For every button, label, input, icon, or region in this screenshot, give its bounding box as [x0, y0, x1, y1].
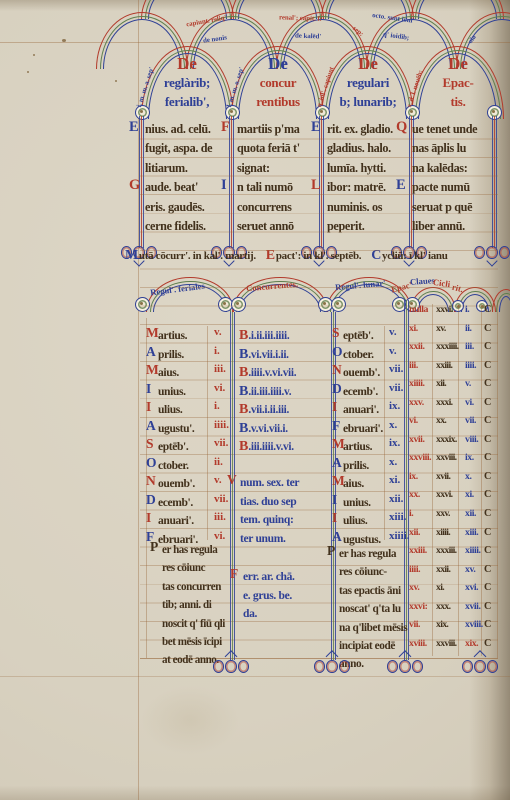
arch-header: De Epac- tis. [417, 54, 499, 111]
cycle-year: vi. [465, 397, 474, 408]
paragraph-text: na q'libet mēsis [339, 622, 407, 634]
marginal-letter: C [484, 452, 491, 463]
table-row: Septēb'.v. [343, 326, 407, 345]
parchment-speck [33, 54, 35, 56]
table-row: Iunius.xii. [343, 493, 407, 512]
note-line: Vnum. sex. ter [240, 473, 330, 492]
paragraph-text: res cōiunc [162, 562, 205, 574]
marginal-letter: C [484, 397, 491, 408]
clavis-value: xxxi. [436, 397, 452, 408]
row-initial: B [239, 328, 248, 343]
month-name: eptēb'. [343, 329, 373, 342]
table-row: B.vii.i.ii.iii. [239, 400, 331, 419]
arch-header-word: De [417, 54, 499, 73]
paragraph-initial: P [150, 539, 158, 555]
epact-value: xii. [409, 527, 420, 538]
paragraph-text: noscat' q'ta lu [339, 603, 401, 615]
table-row: Martius.ix. [343, 437, 407, 456]
month-initial: A [146, 344, 156, 360]
cycle-year: xiiii. [465, 545, 481, 556]
table-row: B.ii.iii.iiii.v. [239, 382, 331, 401]
paragraph-initial: P [327, 543, 335, 559]
paragraph-line: bet mēsis īcipi [162, 632, 234, 650]
table-row: B.vi.vii.i.ii. [239, 345, 331, 364]
month-name: ulius. [158, 403, 182, 416]
paragraph-line: noscit q' fiū qli [162, 614, 234, 632]
note-text: tem. quinq: [240, 513, 294, 526]
table-row: October.v. [343, 345, 407, 364]
cycle-year: xv. [465, 564, 475, 575]
clavis-value: xiiii. [436, 527, 450, 538]
table-row: xvii.xxxix.viii.C [409, 434, 501, 453]
regular-value: iii. [214, 511, 226, 523]
manuscript-page: De reglàrib; ferialib', De concur rentib… [0, 0, 510, 800]
note-text: err. ar. chā. [243, 570, 295, 583]
month-initial: S [146, 436, 154, 452]
epact-value: xi. [409, 323, 418, 334]
cycle-year: xviii. [465, 619, 483, 630]
regular-value: vi. [214, 382, 225, 394]
table-row: iii.xxiii.iiii.C [409, 360, 501, 379]
arch-header-word: De [146, 54, 228, 73]
clavis-value: xx. [436, 415, 446, 426]
row-initial: B [239, 421, 248, 436]
epact-value: xxvi: [409, 601, 427, 612]
regular-value: v. [214, 474, 222, 486]
row-initial: B [239, 439, 248, 454]
epact-value: iiii. [409, 564, 420, 575]
lunar-regulars-table: Septēb'.v. October.v. Nouemb'.vii. Decem… [343, 326, 407, 549]
cycle-year: xiii. [465, 527, 478, 538]
marginal-letter: C [484, 619, 491, 630]
table-row: Augustu'.iiii. [158, 419, 232, 438]
regular-value: x. [389, 419, 397, 431]
ruling-line-bottom [0, 676, 510, 677]
regular-value: ix. [389, 437, 400, 449]
table-row: October.ii. [158, 456, 232, 475]
arch-header-word: De [237, 54, 319, 73]
month-name: ouemb'. [343, 366, 380, 379]
month-name: ecemb'. [158, 496, 193, 509]
arch-header-word: reglàrib; [146, 73, 228, 92]
concurrent-values: .iiii.v.vi.vii. [248, 367, 296, 379]
clavis-value: xii. [436, 378, 446, 389]
arc-inscription: de kalēd' [295, 33, 321, 41]
note-line: tem. quinq: [240, 510, 330, 529]
table-row: Maius.iii. [158, 363, 232, 382]
table-row: xii.xiiii.xiii.C [409, 527, 501, 546]
paragraph-text: er has regula [162, 544, 217, 556]
arch-header-word: ferialib', [146, 92, 228, 111]
table-row: Iulius.i. [158, 400, 232, 419]
month-initial: M [332, 473, 345, 489]
arch-header-word: b; lunarib; [327, 92, 409, 111]
note-text: ter unum. [240, 532, 286, 545]
paragraph-line: tib; anni. di [162, 595, 234, 613]
clavis-value: xxiii. [436, 360, 452, 371]
month-name: ecemb'. [343, 385, 378, 398]
month-name: ouemb'. [158, 477, 195, 490]
epact-value: xiiii. [409, 378, 425, 389]
verse-initial: E [129, 119, 139, 136]
marginal-letter: C [484, 582, 491, 593]
month-initial: I [332, 510, 337, 526]
arch-header: De reglàrib; ferialib', [146, 54, 228, 111]
epact-value: i. [409, 508, 413, 519]
arch-header-word: rentibus [237, 92, 319, 111]
month-name: aius. [158, 366, 179, 379]
regular-value: xi. [389, 474, 400, 486]
table-row: Decemb'.vii. [158, 493, 232, 512]
note-text: tias. duo sep [240, 495, 296, 508]
table-row: Februari'.x. [343, 419, 407, 438]
table-row: xxvi:xxx.xvii.C [409, 601, 501, 620]
table-row: vi.xx.vii.C [409, 415, 501, 434]
column-base-icon [213, 660, 249, 674]
table-row: Iunius.vi. [158, 382, 232, 401]
paragraph-text: at eodē anno. [162, 654, 219, 666]
cycle-year: iii. [465, 341, 474, 352]
table-row: Martius.v. [158, 326, 232, 345]
cycle-year: i. [465, 304, 469, 315]
regular-value: v. [214, 326, 222, 338]
marginal-letter: C [484, 378, 491, 389]
cycle-year: vii. [465, 415, 476, 426]
column-base-icon [387, 660, 423, 674]
marginal-letter: C [484, 508, 491, 519]
table-row: B.i.ii.iii.iiii. [239, 326, 331, 345]
month-initial: N [146, 473, 156, 489]
table-row: Nouemb'.vii. [343, 363, 407, 382]
table-row: nullaxxvi.i.C [409, 304, 501, 323]
marginal-letter: C [484, 323, 491, 334]
table-row: iiii.xxii.xv.C [409, 564, 501, 583]
cycle-year: xi. [465, 489, 474, 500]
regular-value: xii. [389, 493, 403, 505]
clavis-value: xxviii. [436, 638, 456, 649]
cycle-year: xvi. [465, 582, 478, 593]
month-name: prilis. [158, 348, 184, 361]
epact-value: nulla [409, 304, 428, 315]
table-row: B.v.vi.vii.i. [239, 419, 331, 438]
month-name: eptēb'. [158, 440, 188, 453]
clavis-value: xxxiiii. [436, 341, 458, 352]
regular-value: x. [389, 456, 397, 468]
month-initial: A [332, 455, 342, 471]
marginal-letter: C [484, 489, 491, 500]
verse-initial: G [129, 177, 140, 194]
regular-value: vii. [214, 493, 228, 505]
clavis-value: xxv. [436, 508, 450, 519]
ferial-regulars-table: Martius.v. Aprilis.i. Maius.iii. Iunius.… [158, 326, 232, 549]
clavis-value: xxii. [436, 564, 450, 575]
epact-value: xvii. [409, 434, 424, 445]
arch-header-word: concur [237, 73, 319, 92]
parchment-speck [115, 80, 117, 82]
arch-header-word: De [327, 54, 409, 73]
clavis-value: xv. [436, 323, 446, 334]
epact-claves-cycle-table: nullaxxvi.i.C xi.xv.ii.C xxii.xxxiiii.ii… [409, 304, 501, 656]
paragraph-line: tas concurren [162, 577, 234, 595]
parchment-speck [27, 71, 29, 73]
concurrent-values: .v.vi.vii.i. [248, 423, 287, 435]
clavis-value: xxxix. [436, 434, 457, 445]
month-name: artius. [343, 440, 372, 453]
marginal-letter: C [484, 304, 491, 315]
epact-value: xxii. [409, 341, 424, 352]
table-row: Nouemb'.v. [158, 474, 232, 493]
paragraph-text: bet mēsis īcipi [162, 636, 222, 648]
clavis-value: xxvi. [436, 489, 452, 500]
epact-value: vi. [409, 415, 418, 426]
month-initial: I [146, 510, 151, 526]
marginal-letter: C [484, 527, 491, 538]
table-row: xxiii.xxxiii.xiiii.C [409, 545, 501, 564]
regular-value: xiiii. [389, 530, 409, 542]
regular-value: xiii. [389, 511, 406, 523]
concurrent-values: .i.ii.iii.iiii. [248, 330, 289, 342]
clavis-value: xix. [436, 619, 448, 630]
regular-value: i. [214, 400, 220, 412]
table-row: xi.xv.ii.C [409, 323, 501, 342]
month-name: ebruari'. [343, 422, 383, 435]
month-initial: A [146, 418, 156, 434]
cycle-year: xix. [465, 638, 478, 649]
marginal-letter: C [484, 564, 491, 575]
month-initial: N [332, 362, 342, 378]
cycle-year: xvii. [465, 601, 480, 612]
note-initial: V [227, 472, 237, 488]
table-row: B.iii.iiii.v.vi. [239, 437, 331, 456]
paragraph-text: tas concurren [162, 581, 221, 593]
concurrent-values: .vii.i.ii.iii. [248, 404, 289, 416]
paragraph-text: tib; anni. di [162, 599, 211, 611]
concurrent-values: .iii.iiii.v.vi. [248, 441, 293, 453]
clavis-value: xxxiii. [436, 545, 456, 556]
month-initial: D [146, 492, 156, 508]
paragraph-text: res cōiunc- [339, 566, 387, 578]
arch-header-word: Epac- [417, 73, 499, 92]
clavis-value: xxviii. [436, 452, 456, 463]
regular-value: vii. [389, 382, 403, 394]
note-text: da. [243, 607, 257, 620]
month-name: artius. [158, 329, 187, 342]
cycle-year: v. [465, 378, 471, 389]
epact-value: iii. [409, 360, 418, 371]
row-initial: B [239, 347, 248, 362]
marginal-letter: C [484, 471, 491, 482]
table-row: vii.xix.xviii.C [409, 619, 501, 638]
regular-value: ix. [389, 400, 400, 412]
note-line: da. [243, 604, 331, 623]
epact-value: ix. [409, 471, 418, 482]
table-row: xxii.xxxiiii.iii.C [409, 341, 501, 360]
table-row: Maius.xi. [343, 474, 407, 493]
month-initial: F [332, 418, 340, 434]
month-name: unius. [158, 385, 186, 398]
cycle-year: x. [465, 471, 471, 482]
epact-value: vii. [409, 619, 420, 630]
month-name: unius. [343, 496, 371, 509]
month-initial: O [146, 455, 157, 471]
marginal-letter: C [484, 415, 491, 426]
concurrents-table: B.i.ii.iii.iiii. B.vi.vii.i.ii. B.iiii.v… [239, 326, 331, 456]
concurrents-note: Vnum. sex. ter tias. duo sep tem. quinq:… [240, 473, 330, 547]
epact-value: xxviii. [409, 452, 431, 463]
month-name: aius. [343, 477, 364, 490]
epact-value: xx. [409, 489, 420, 500]
cycle-year: ii. [465, 323, 472, 334]
month-initial: D [332, 381, 342, 397]
note-text: e. grus. be. [243, 589, 292, 602]
table-row: ix.xvii.x.C [409, 471, 501, 490]
table-row: Septēb'.vii. [158, 437, 232, 456]
table-row: Aprilis.i. [158, 345, 232, 364]
paragraph-line: na q'libet mēsis [339, 618, 419, 636]
paragraph-text: noscit q' fiū qli [162, 618, 225, 630]
concurrent-values: .vi.vii.i.ii. [248, 349, 288, 361]
regular-value: v. [389, 326, 397, 338]
month-initial: M [146, 325, 159, 341]
regular-value: ii. [214, 456, 223, 468]
month-initial: M [332, 436, 345, 452]
table-row: xxviii.xxviii.ix.C [409, 452, 501, 471]
paragraph-text: tas epactis āni [339, 585, 401, 597]
row-initial: B [239, 365, 248, 380]
regular-value: vii. [389, 363, 403, 375]
arc-inscription: renal'; capit. f. [279, 14, 322, 22]
epact-value: xxiii. [409, 545, 427, 556]
note-line: e. grus. be. [243, 586, 331, 605]
marginal-letter: C [484, 545, 491, 556]
ferial-rule-paragraph: Per has regula res cōiunc tas concurren … [162, 540, 234, 669]
note-line: Ferr. ar. chā. [243, 567, 331, 586]
table-row: Ianuari'.ix. [343, 400, 407, 419]
concurrent-values: .ii.iii.iiii.v. [248, 386, 291, 398]
cycle-year: xii. [465, 508, 476, 519]
note-line: tias. duo sep [240, 492, 330, 511]
column-base-icon [314, 660, 350, 674]
month-initial: I [146, 381, 151, 397]
regular-value: v. [389, 345, 397, 357]
mnemonic-note: Ferr. ar. chā. e. grus. be. da. [243, 567, 331, 623]
table-row: Aprilis.x. [343, 456, 407, 475]
row-initial: B [239, 384, 248, 399]
month-initial: I [332, 399, 337, 415]
paragraph-text: incipiat eodē [339, 640, 395, 652]
month-initial: I [146, 399, 151, 415]
epact-value: xv. [409, 582, 419, 593]
month-initial: O [332, 344, 343, 360]
paragraph-line: res cōiunc [162, 558, 234, 576]
table-row: Ianuari'.iii. [158, 511, 232, 530]
table-row: xx.xxvi.xi.C [409, 489, 501, 508]
column-base-icon [462, 660, 498, 674]
marginal-letter: C [484, 638, 491, 649]
regular-value: i. [214, 345, 220, 357]
regular-value: iii. [214, 363, 226, 375]
clavis-value: xxvi. [436, 304, 452, 315]
table-row: Iulius.xiii. [343, 511, 407, 530]
marginal-letter: C [484, 601, 491, 612]
month-name: ulius. [343, 514, 367, 527]
paragraph-line: Per has regula [339, 544, 419, 562]
note-text: num. sex. ter [240, 476, 299, 489]
month-name: ugustu'. [158, 422, 194, 435]
table-row: i.xxv.xii.C [409, 508, 501, 527]
table-row: B.iiii.v.vi.vii. [239, 363, 331, 382]
parchment-speck [62, 39, 66, 42]
clavis-value: xxx. [436, 601, 450, 612]
row-initial: B [239, 402, 248, 417]
paragraph-line: noscat' q'ta lu [339, 599, 419, 617]
table-row: Decemb'.vii. [343, 382, 407, 401]
month-initial: I [332, 492, 337, 508]
cycle-year: viii. [465, 434, 478, 445]
note-line: ter unum. [240, 529, 330, 548]
epact-value: xxv. [409, 397, 424, 408]
month-name: ctober. [343, 348, 374, 361]
cycle-year: ix. [465, 452, 474, 463]
paragraph-line: tas epactis āni [339, 581, 419, 599]
arch-header: De regulari b; lunarib; [327, 54, 409, 111]
marginal-letter: C [484, 341, 491, 352]
table-row: xviii.xxviii.xix.C [409, 638, 501, 657]
paragraph-line: res cōiunc- [339, 562, 419, 580]
month-name: anuari'. [343, 403, 379, 416]
rubric-initial: M [125, 248, 138, 263]
month-initial: S [332, 325, 340, 341]
month-name: ctober. [158, 459, 189, 472]
arch-header-word: tis. [417, 92, 499, 111]
month-name: anuari'. [158, 514, 194, 527]
epact-value: xviii. [409, 638, 427, 649]
regular-value: iiii. [214, 419, 229, 431]
marginal-letter: C [484, 360, 491, 371]
clavis-value: xi. [436, 582, 444, 593]
arch-header-word: regulari [327, 73, 409, 92]
arch-header: De concur rentibus [237, 54, 319, 111]
cycle-year: iiii. [465, 360, 476, 371]
table-row: xxv.xxxi.vi.C [409, 397, 501, 416]
regular-value: vii. [214, 437, 228, 449]
table-row: xv.xi.xvi.C [409, 582, 501, 601]
table-row: xiiii.xii.v.C [409, 378, 501, 397]
month-initial: M [146, 362, 159, 378]
month-name: prilis. [343, 459, 369, 472]
paragraph-line: Per has regula [162, 540, 234, 558]
paragraph-text: er has regula [339, 548, 396, 560]
marginal-letter: C [484, 434, 491, 445]
clavis-value: xvii. [436, 471, 450, 482]
